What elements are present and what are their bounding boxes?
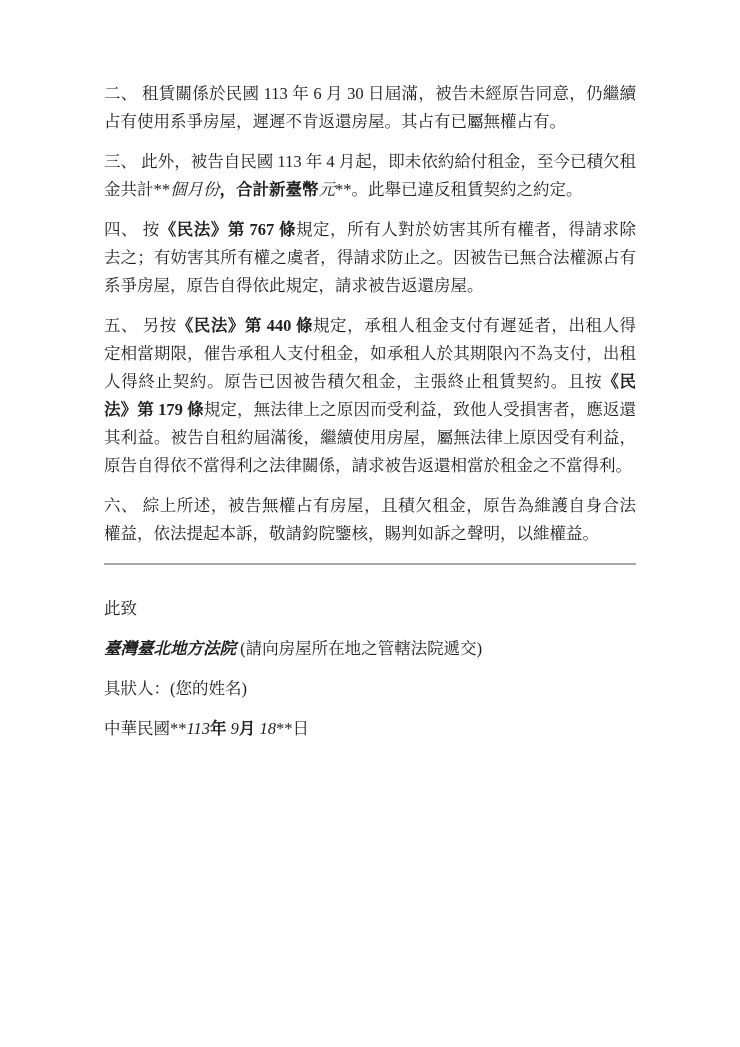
text-run-italic: 18 (255, 719, 276, 738)
claim-item-5: 五、 另按《民法》第 440 條規定，承租人租金支付有遲延者，出租人得定相當期限… (104, 312, 636, 480)
text-run-italic: 個月份 (170, 180, 220, 199)
text-run-regular: 具狀人：(您的姓名) (104, 679, 247, 698)
text-run-regular: 六、 綜上所述，被告無權占有房屋，且積欠租金，原告為維護自身合法權益，依法提起本… (104, 496, 636, 543)
text-run-regular: 中華民國** (104, 719, 187, 738)
text-run-bold: ，合計新臺幣 (220, 180, 319, 199)
text-run-regular: **。此舉已違反租賃契約之約定。 (335, 180, 583, 199)
text-run-italic: 113 (187, 719, 211, 738)
text-run-regular: 五、 另按 (104, 316, 177, 335)
text-run-italic: 元 (319, 180, 336, 199)
closing-salutation: 此致 (104, 595, 636, 623)
text-run-regular: 此致 (104, 599, 137, 618)
text-run-regular: 二、 租賃關係於民國 113 年 6 月 30 日屆滿，被告未經原告同意，仍繼續… (104, 84, 636, 131)
text-run-bold-italic: 臺灣臺北地方法院 (104, 639, 236, 658)
text-run-regular: **日 (276, 719, 309, 738)
text-run-bold: 《民法》第 767 條 (160, 220, 296, 239)
court-line: 臺灣臺北地方法院 (請向房屋所在地之管轄法院遞交) (104, 635, 636, 663)
text-run-regular: (請向房屋所在地之管轄法院遞交) (236, 639, 482, 658)
claim-item-4: 四、 按《民法》第 767 條規定，所有人對於妨害其所有權者，得請求除去之；有妨… (104, 216, 636, 300)
legal-complaint-body: 二、 租賃關係於民國 113 年 6 月 30 日屆滿，被告未經原告同意，仍繼續… (0, 0, 740, 743)
text-run-bold: 月 (239, 719, 256, 738)
section-divider (104, 563, 636, 565)
text-run-bold: 《民法》第 440 條 (177, 316, 313, 335)
date-line: 中華民國**113年 9月 18**日 (104, 715, 636, 743)
claim-item-6: 六、 綜上所述，被告無權占有房屋，且積欠租金，原告為維護自身合法權益，依法提起本… (104, 492, 636, 548)
claim-item-2: 二、 租賃關係於民國 113 年 6 月 30 日屆滿，被告未經原告同意，仍繼續… (104, 80, 636, 136)
text-run-italic: 9 (227, 719, 239, 738)
text-run-regular: 四、 按 (104, 220, 160, 239)
signatory-line: 具狀人：(您的姓名) (104, 675, 636, 703)
claim-item-3: 三、 此外，被告自民國 113 年 4 月起，即未依約給付租金，至今已積欠租金共… (104, 148, 636, 204)
text-run-bold: 年 (210, 719, 227, 738)
document-page: 二、 租賃關係於民國 113 年 6 月 30 日屆滿，被告未經原告同意，仍繼續… (0, 0, 740, 1047)
